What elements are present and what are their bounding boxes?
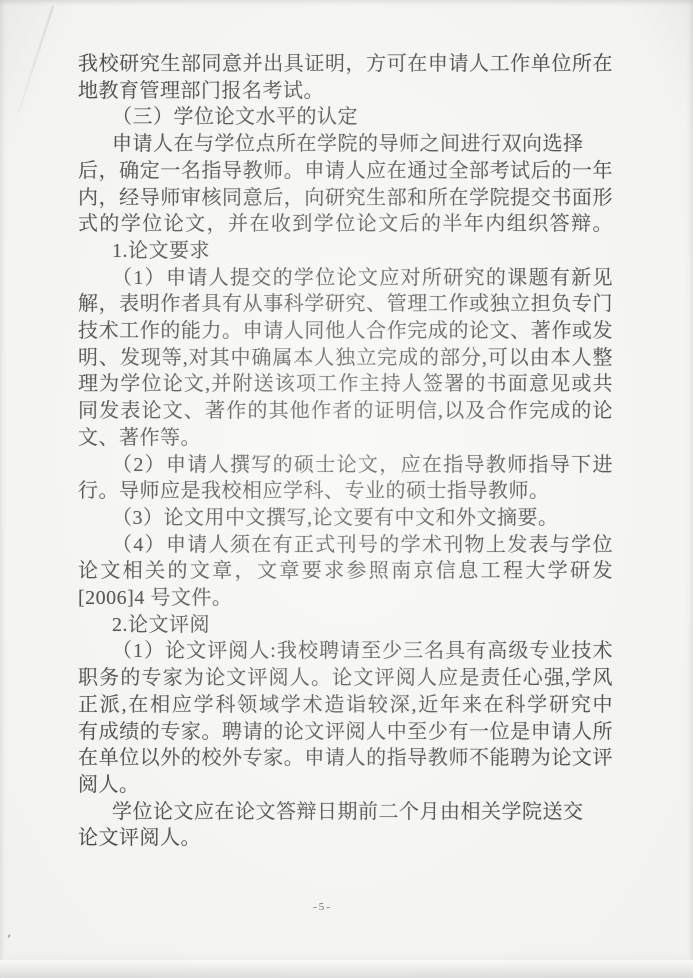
text-line: 内，经导师审核同意后，向研究生部和所在学院提交书面形	[78, 185, 613, 212]
text-line: [2006]4 号文件。	[78, 585, 613, 612]
text-line: 文、著作等。	[78, 425, 613, 452]
document-text: 我校研究生部同意并出具证明，方可在申请人工作单位所在地教育管理部门报名考试。（三…	[78, 51, 613, 852]
text-line: 理为学位论文,并附送该项工作主持人签署的书面意见或共	[78, 371, 613, 398]
page-number: -5-	[0, 901, 645, 913]
text-line: 2.论文评阅	[78, 612, 613, 639]
text-line: （4）申请人须在有正式刊号的学术刊物上发表与学位	[78, 532, 613, 559]
paper-fold-line	[17, 6, 54, 113]
bottom-page-edge	[0, 960, 693, 978]
text-line: （1）申请人提交的学位论文应对所研究的课题有新见	[78, 265, 613, 292]
text-line: （2）申请人撰写的硕士论文，应在指导教师指导下进	[78, 452, 613, 479]
text-line: 在单位以外的校外专家。申请人的指导教师不能聘为论文评	[78, 745, 613, 772]
text-line: （三）学位论文水平的认定	[78, 104, 613, 131]
text-line: 1.论文要求	[78, 238, 613, 265]
text-line: 正派,在相应学科领域学术造诣较深,近年来在科学研究中	[78, 692, 613, 719]
text-line: 申请人在与学位点所在学院的导师之间进行双向选择	[78, 131, 613, 158]
text-line: 有成绩的专家。聘请的论文评阅人中至少有一位是申请人所	[78, 719, 613, 746]
text-line: 式的学位论文，并在收到学位论文后的半年内组织答辩。	[78, 211, 613, 238]
text-line: （3）论文用中文撰写,论文要有中文和外文摘要。	[78, 505, 613, 532]
text-line: 同发表论文、著作的其他作者的证明信,以及合作完成的论	[78, 398, 613, 425]
scanned-page: 我校研究生部同意并出具证明，方可在申请人工作单位所在地教育管理部门报名考试。（三…	[0, 0, 693, 978]
scan-speck	[7, 934, 10, 938]
text-line: 论文评阅人。	[78, 825, 613, 852]
text-line: 后，确定一名指导教师。申请人应在通过全部考试后的一年	[78, 158, 613, 185]
text-line: 行。导师应是我校相应学科、专业的硕士指导教师。	[78, 478, 613, 505]
text-line: 学位论文应在论文答辩日期前二个月由相关学院送交	[78, 799, 613, 826]
text-line: 论文相关的文章，文章要求参照南京信息工程大学研发	[78, 558, 613, 585]
text-line: 我校研究生部同意并出具证明，方可在申请人工作单位所在	[78, 51, 613, 78]
text-line: 技术工作的能力。申请人同他人合作完成的论文、著作或发	[78, 318, 613, 345]
text-line: 职务的专家为论文评阅人。论文评阅人应是责任心强,学风	[78, 665, 613, 692]
text-line: 地教育管理部门报名考试。	[78, 78, 613, 105]
text-line: 解，表明作者具有从事科学研究、管理工作或独立担负专门	[78, 291, 613, 318]
text-line: （1）论文评阅人:我校聘请至少三名具有高级专业技术	[78, 638, 613, 665]
text-line: 明、发现等,对其中确属本人独立完成的部分,可以由本人整	[78, 345, 613, 372]
text-line: 阅人。	[78, 772, 613, 799]
